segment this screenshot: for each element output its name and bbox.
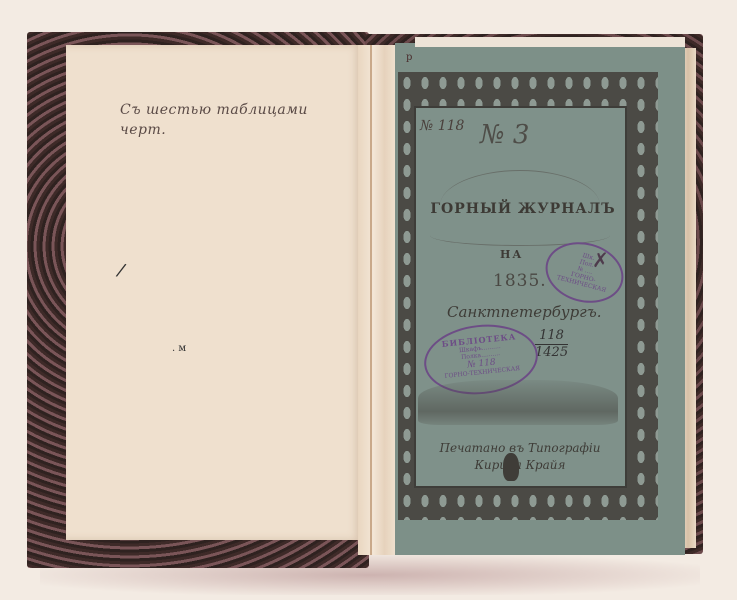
- gutter-fold: [370, 45, 372, 555]
- shelfmark-bottom: 1425: [535, 344, 568, 361]
- journal-title: ГОРНЫЙ ЖУРНАЛЪ: [418, 201, 628, 217]
- issue-number: № 3: [480, 120, 529, 150]
- city: Санктпетербургъ.: [447, 303, 602, 321]
- year: 1835.: [493, 271, 547, 291]
- handwriting-line-2: черт.: [120, 120, 360, 140]
- shelfmark: 118 1425: [535, 328, 568, 361]
- owl-ornament-icon: [503, 453, 519, 481]
- handwritten-note: Съ шестью таблицами черт.: [120, 100, 360, 140]
- cancel-mark: ✗: [592, 248, 609, 272]
- landscape-vignette: [418, 380, 618, 425]
- imprint-line-2: Кирила Крайя: [420, 457, 620, 474]
- corner-mark: p: [406, 52, 412, 63]
- printer-imprint: Печатано въ Типографіи Кирила Крайя: [420, 440, 620, 474]
- book-gutter: [358, 45, 396, 555]
- handwriting-line-1: Съ шестью таблицами: [120, 100, 360, 120]
- ink-spot: . м: [172, 343, 186, 354]
- imprint-line-1: Печатано въ Типографіи: [420, 440, 620, 457]
- torn-page-top: [415, 37, 685, 47]
- handwritten-number: № 118: [420, 118, 464, 134]
- shelfmark-top: 118: [535, 328, 568, 344]
- pencil-mark: /: [115, 260, 128, 282]
- na-label: НА: [500, 248, 523, 261]
